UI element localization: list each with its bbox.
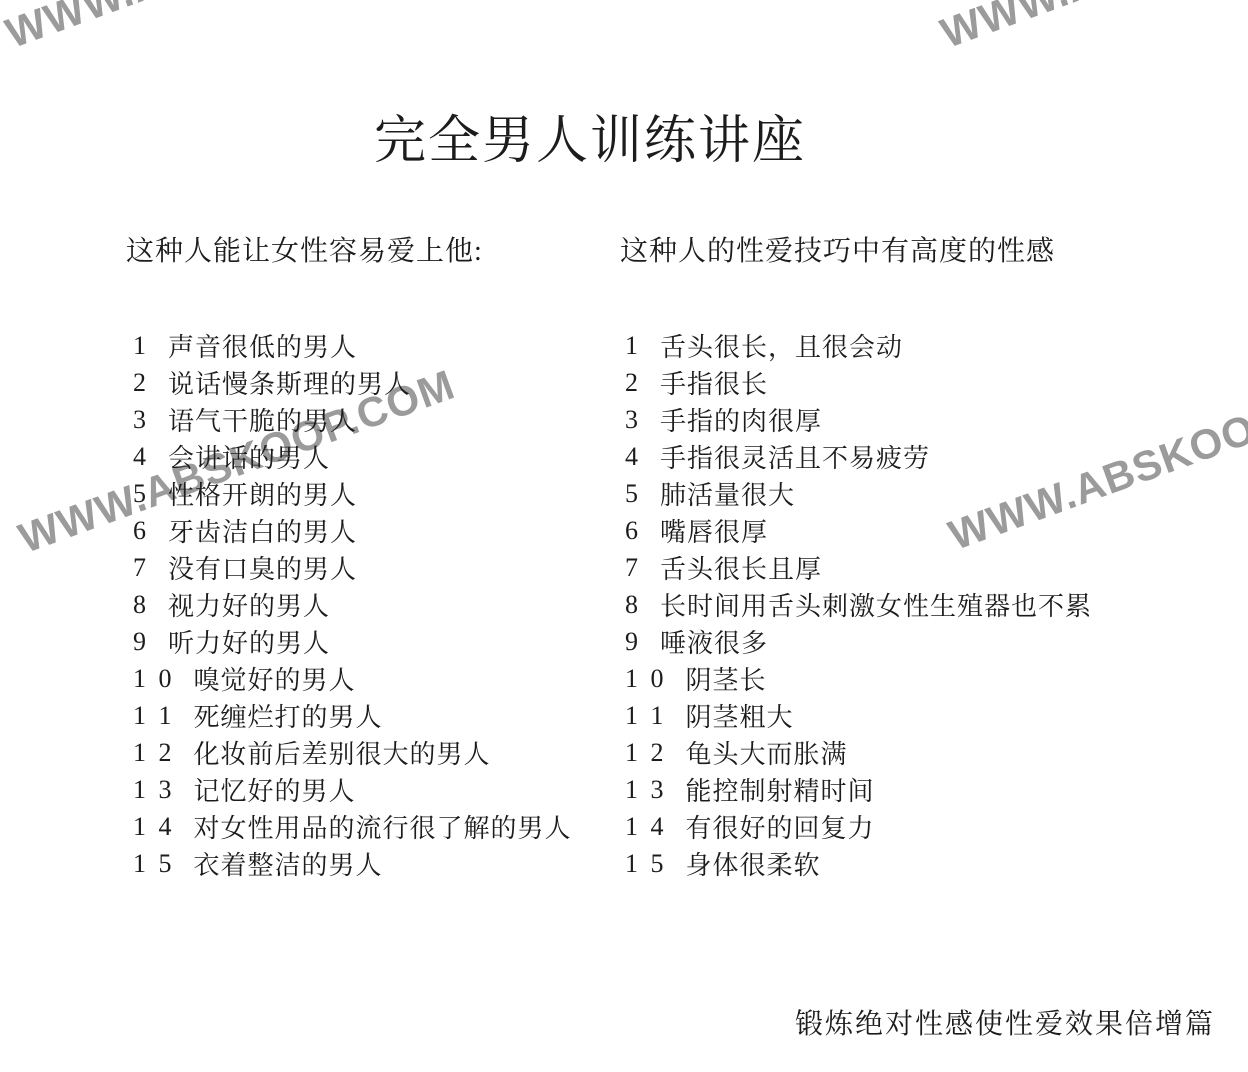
list-item: 7舌头很长且厚 — [620, 549, 1220, 586]
list-item: 1 5身体很柔软 — [620, 845, 1220, 882]
list-item: 1 2化妆前后差别很大的男人 — [126, 734, 606, 771]
item-text: 没有口臭的男人 — [168, 549, 357, 586]
list-item: 7没有口臭的男人 — [126, 549, 606, 586]
right-column-heading: 这种人的性爱技巧中有高度的性感 — [620, 236, 1220, 268]
watermark: WWW.ABSKOOP.COM — [1, 0, 448, 55]
item-number: 4 — [133, 442, 149, 472]
item-text: 舌头很长且厚 — [660, 549, 822, 586]
item-number: 1 5 — [133, 849, 175, 879]
left-item-list: 1声音很低的男人 2说话慢条斯理的男人 3语气干脆的男人 4会讲话的男人 5性格… — [126, 327, 606, 882]
item-number: 5 — [133, 479, 149, 509]
item-text: 对女性用品的流行很了解的男人 — [194, 808, 572, 845]
right-item-list: 1舌头很长，且很会动 2手指很长 3手指的肉很厚 4手指很灵活且不易疲劳 5肺活… — [620, 327, 1220, 882]
item-number: 1 4 — [625, 812, 667, 842]
list-item: 3手指的肉很厚 — [620, 401, 1220, 438]
list-item: 4会讲话的男人 — [126, 438, 606, 475]
item-text: 龟头大而胀满 — [686, 734, 848, 771]
item-number: 5 — [625, 479, 641, 509]
list-item: 9唾液很多 — [620, 623, 1220, 660]
left-column: 这种人能让女性容易爱上他: 1声音很低的男人 2说话慢条斯理的男人 3语气干脆的… — [126, 236, 606, 882]
item-text: 牙齿洁白的男人 — [168, 512, 357, 549]
item-text: 肺活量很大 — [660, 475, 795, 512]
watermark: WWW.ABSKOOP.COM — [936, 0, 1248, 55]
item-number: 8 — [133, 590, 149, 620]
item-text: 死缠烂打的男人 — [194, 697, 383, 734]
list-item: 1 4对女性用品的流行很了解的男人 — [126, 808, 606, 845]
item-text: 记忆好的男人 — [194, 771, 356, 808]
item-number: 1 3 — [133, 775, 175, 805]
item-text: 嗅觉好的男人 — [194, 660, 356, 697]
item-text: 性格开朗的男人 — [168, 475, 357, 512]
item-text: 手指很长 — [660, 364, 768, 401]
list-item: 2说话慢条斯理的男人 — [126, 364, 606, 401]
item-number: 3 — [133, 405, 149, 435]
item-text: 听力好的男人 — [168, 623, 330, 660]
item-text: 唾液很多 — [660, 623, 768, 660]
item-number: 8 — [625, 590, 641, 620]
item-number: 1 3 — [625, 775, 667, 805]
list-item: 6嘴唇很厚 — [620, 512, 1220, 549]
item-number: 1 5 — [625, 849, 667, 879]
item-number: 1 1 — [625, 701, 667, 731]
item-number: 9 — [133, 627, 149, 657]
item-number: 6 — [625, 516, 641, 546]
list-item: 9听力好的男人 — [126, 623, 606, 660]
list-item: 1 0嗅觉好的男人 — [126, 660, 606, 697]
item-text: 会讲话的男人 — [168, 438, 330, 475]
item-text: 能控制射精时间 — [686, 771, 875, 808]
item-number: 7 — [133, 553, 149, 583]
page-title: 完全男人训练讲座 — [125, 98, 1055, 173]
item-number: 1 2 — [625, 738, 667, 768]
item-text: 化妆前后差别很大的男人 — [194, 734, 491, 771]
item-text: 语气干脆的男人 — [168, 401, 357, 438]
list-item: 1 1阴茎粗大 — [620, 697, 1220, 734]
item-text: 长时间用舌头刺激女性生殖器也不累 — [660, 586, 1092, 623]
item-text: 有很好的回复力 — [686, 808, 875, 845]
left-column-heading: 这种人能让女性容易爱上他: — [126, 236, 606, 268]
item-text: 阴茎长 — [686, 660, 767, 697]
list-item: 1 3能控制射精时间 — [620, 771, 1220, 808]
item-number: 1 4 — [133, 812, 175, 842]
list-item: 8长时间用舌头刺激女性生殖器也不累 — [620, 586, 1220, 623]
list-item: 1 2龟头大而胀满 — [620, 734, 1220, 771]
item-number: 2 — [625, 368, 641, 398]
item-text: 声音很低的男人 — [168, 327, 357, 364]
item-number: 9 — [625, 627, 641, 657]
item-text: 阴茎粗大 — [686, 697, 794, 734]
list-item: 1 3记忆好的男人 — [126, 771, 606, 808]
list-item: 5性格开朗的男人 — [126, 475, 606, 512]
item-text: 手指很灵活且不易疲劳 — [660, 438, 930, 475]
footer-caption: 锻炼绝对性感使性爱效果倍增篇 — [0, 1002, 1215, 1042]
list-item: 1 5衣着整洁的男人 — [126, 845, 606, 882]
item-number: 6 — [133, 516, 149, 546]
item-number: 1 0 — [133, 664, 175, 694]
right-column: 这种人的性爱技巧中有高度的性感 1舌头很长，且很会动 2手指很长 3手指的肉很厚… — [620, 236, 1220, 882]
list-item: 1 4有很好的回复力 — [620, 808, 1220, 845]
item-text: 嘴唇很厚 — [660, 512, 768, 549]
list-item: 2手指很长 — [620, 364, 1220, 401]
list-item: 1 1死缠烂打的男人 — [126, 697, 606, 734]
item-text: 舌头很长，且很会动 — [660, 327, 903, 364]
list-item: 8视力好的男人 — [126, 586, 606, 623]
item-number: 1 1 — [133, 701, 175, 731]
document-page: WWW.ABSKOOP.COM WWW.ABSKOOP.COM WWW.ABSK… — [0, 0, 1248, 1072]
list-item: 1 0阴茎长 — [620, 660, 1220, 697]
item-number: 2 — [133, 368, 149, 398]
item-number: 1 0 — [625, 664, 667, 694]
item-number: 1 2 — [133, 738, 175, 768]
list-item: 6牙齿洁白的男人 — [126, 512, 606, 549]
item-number: 7 — [625, 553, 641, 583]
item-number: 4 — [625, 442, 641, 472]
item-number: 1 — [133, 331, 149, 361]
item-text: 视力好的男人 — [168, 586, 330, 623]
list-item: 4手指很灵活且不易疲劳 — [620, 438, 1220, 475]
list-item: 1声音很低的男人 — [126, 327, 606, 364]
item-text: 身体很柔软 — [686, 845, 821, 882]
list-item: 1舌头很长，且很会动 — [620, 327, 1220, 364]
item-number: 1 — [625, 331, 641, 361]
item-text: 衣着整洁的男人 — [194, 845, 383, 882]
list-item: 3语气干脆的男人 — [126, 401, 606, 438]
list-item: 5肺活量很大 — [620, 475, 1220, 512]
item-text: 手指的肉很厚 — [660, 401, 822, 438]
item-text: 说话慢条斯理的男人 — [168, 364, 411, 401]
item-number: 3 — [625, 405, 641, 435]
